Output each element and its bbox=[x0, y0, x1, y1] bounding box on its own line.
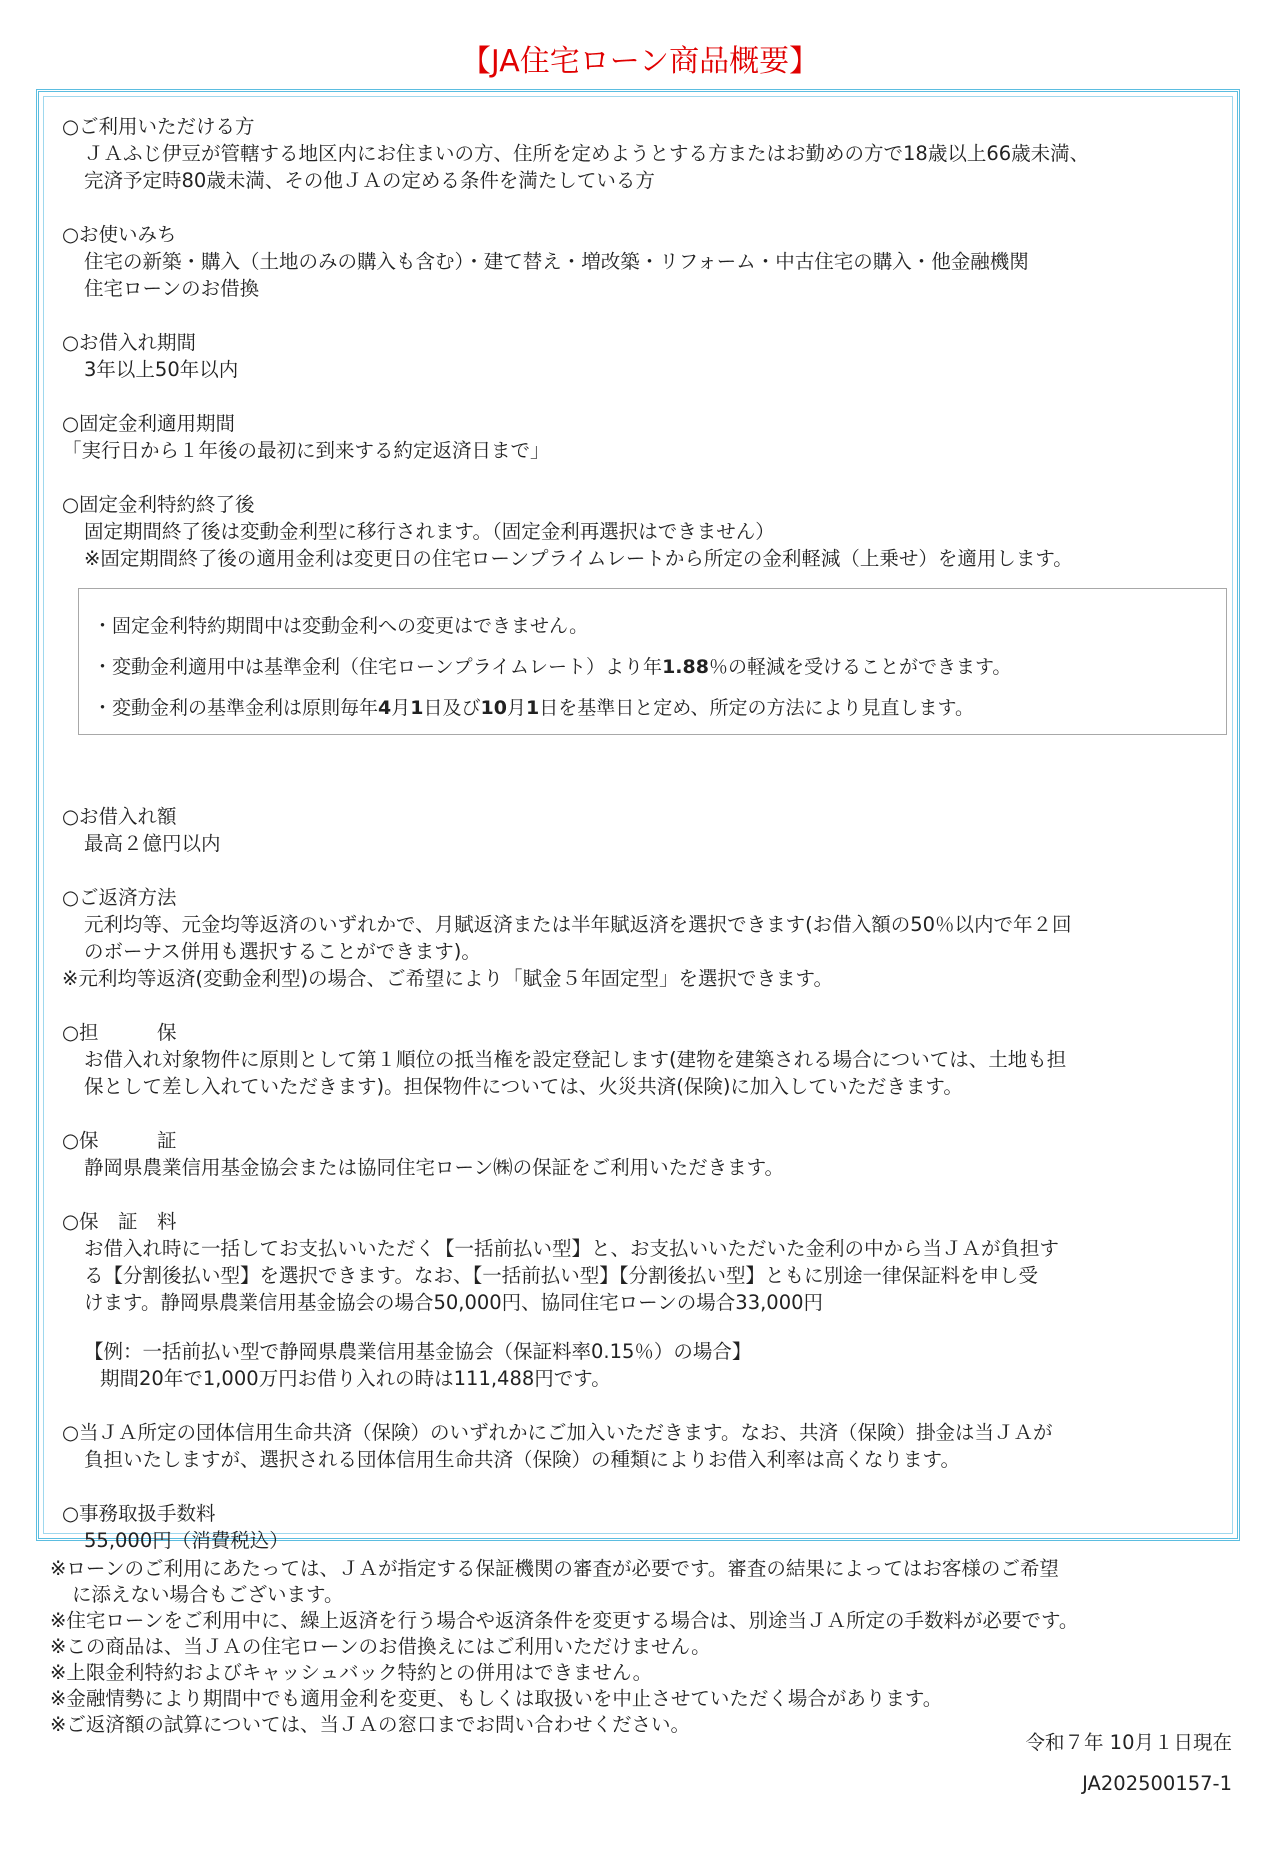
section-text: 保として差し入れていただきます)。担保物件については、火災共済(保険)に加入して… bbox=[62, 1073, 1232, 1100]
example-title: 【例：一括前払い型で静岡県農業信用基金協会（保証料率0.15％）の場合】 bbox=[62, 1338, 1232, 1365]
footnote-continuation: に添えない場合もございます。 bbox=[50, 1582, 1250, 1608]
section-text: のボーナス併用も選択することができます)。 bbox=[62, 938, 1232, 965]
example-body: 期間20年で1,000万円お借り入れの時は111,488円です。 bbox=[62, 1365, 1232, 1392]
section-note: ※元利均等返済(変動金利型)の場合、ご希望により「賦金５年固定型」を選択できます… bbox=[62, 965, 1232, 992]
section-text: 完済予定時80歳未満、その他ＪＡの定める条件を満たしている方 bbox=[62, 167, 1232, 194]
section-loan-term: ○お借入れ期間 3年以上50年以内 bbox=[62, 329, 1232, 383]
footnote: ※この商品は、当ＪＡの住宅ローンのお借換えにはご利用いただけません。 bbox=[50, 1634, 1250, 1660]
note-item: ・変動金利適用中は基準金利（住宅ローンプライムレート）より年1.88％の軽減を受… bbox=[93, 652, 1011, 679]
footnote: ※上限金利特約およびキャッシュバック特約との併用はできません。 bbox=[50, 1660, 1250, 1686]
section-eligibility: ○ご利用いただける方 ＪＡふじ伊豆が管轄する地区内にお住まいの方、住所を定めよう… bbox=[62, 113, 1232, 194]
section-text: る【分割後払い型】を選択できます。なお、【一括前払い型】【分割後払い型】ともに別… bbox=[62, 1262, 1232, 1289]
section-heading: ○事務取扱手数料 bbox=[62, 1500, 1232, 1527]
section-text: お借入れ時に一括してお支払いいただく【一括前払い型】と、お支払いいただいた金利の… bbox=[62, 1235, 1232, 1262]
section-text: 3年以上50年以内 bbox=[62, 356, 1232, 383]
section-heading: ○お使いみち bbox=[62, 221, 1232, 248]
section-handling-fee: ○事務取扱手数料 55,000円（消費税込） bbox=[62, 1500, 1232, 1554]
section-guarantee: ○保 証 静岡県農業信用基金協会または協同住宅ローン㈱の保証をご利用いただきます… bbox=[62, 1127, 1232, 1181]
section-text: 固定期間終了後は変動金利型に移行されます。（固定金利再選択はできません） bbox=[62, 518, 1232, 545]
section-collateral: ○担 保 お借入れ対象物件に原則として第１順位の抵当権を設定登記します(建物を建… bbox=[62, 1019, 1232, 1100]
section-heading: ○お借入れ期間 bbox=[62, 329, 1232, 356]
section-heading: ○保 証 bbox=[62, 1127, 1232, 1154]
note-item: ・固定金利特約期間中は変動金利への変更はできません。 bbox=[93, 611, 588, 638]
document-id: JA202500157-1 bbox=[1082, 1772, 1232, 1795]
section-text: 55,000円（消費税込） bbox=[62, 1527, 1232, 1554]
section-guarantee-fee: ○保 証 料 お借入れ時に一括してお支払いいただく【一括前払い型】と、お支払いい… bbox=[62, 1208, 1232, 1392]
section-loan-amount: ○お借入れ額 最高２億円以内 bbox=[62, 803, 1232, 857]
rate-reduction-value: 1.88 bbox=[662, 656, 709, 678]
section-text: けます。静岡県農業信用基金協会の場合50,000円、協同住宅ローンの場合33,0… bbox=[62, 1289, 1232, 1316]
section-heading: ○ご返済方法 bbox=[62, 884, 1232, 911]
section-text: ＪＡふじ伊豆が管轄する地区内にお住まいの方、住所を定めようとする方またはお勤めの… bbox=[62, 140, 1232, 167]
section-fixed-rate-period: ○固定金利適用期間 「実行日から１年後の最初に到来する約定返済日まで」 bbox=[62, 410, 1232, 464]
section-repayment-method: ○ご返済方法 元利均等、元金均等返済のいずれかで、月賦返済または半年賦返済を選択… bbox=[62, 884, 1232, 992]
section-heading: ○当ＪＡ所定の団体信用生命共済（保険）のいずれかにご加入いただきます。なお、共済… bbox=[62, 1419, 1232, 1446]
page-title: 【JA住宅ローン商品概要】 bbox=[0, 36, 1280, 80]
section-heading: ○お借入れ額 bbox=[62, 803, 1232, 830]
section-after-fixed-rate: ○固定金利特約終了後 固定期間終了後は変動金利型に移行されます。（固定金利再選択… bbox=[62, 491, 1232, 572]
section-heading: ○固定金利適用期間 bbox=[62, 410, 1232, 437]
footnote: ※金融情勢により期間中でも適用金利を変更、もしくは取扱いを中止させていただく場合… bbox=[50, 1686, 1250, 1712]
section-heading: ○ご利用いただける方 bbox=[62, 113, 1232, 140]
section-text: 最高２億円以内 bbox=[62, 830, 1232, 857]
section-text: 「実行日から１年後の最初に到来する約定返済日まで」 bbox=[62, 437, 1232, 464]
section-text: 静岡県農業信用基金協会または協同住宅ローン㈱の保証をご利用いただきます。 bbox=[62, 1154, 1232, 1181]
section-heading: ○担 保 bbox=[62, 1019, 1232, 1046]
section-heading: ○固定金利特約終了後 bbox=[62, 491, 1232, 518]
note-item: ・変動金利の基準金利は原則毎年4月1日及び10月1日を基準日と定め、所定の方法に… bbox=[93, 693, 974, 720]
footnotes: ※ローンのご利用にあたっては、ＪＡが指定する保証機関の審査が必要です。審査の結果… bbox=[50, 1556, 1250, 1738]
section-text: 負担いたしますが、選択される団体信用生命共済（保険）の種類によりお借入利率は高く… bbox=[62, 1446, 1232, 1473]
section-text: 元利均等、元金均等返済のいずれかで、月賦返済または半年賦返済を選択できます(お借… bbox=[62, 911, 1232, 938]
product-summary-content: ○ご利用いただける方 ＪＡふじ伊豆が管轄する地区内にお住まいの方、住所を定めよう… bbox=[62, 113, 1232, 1581]
section-purpose: ○お使いみち 住宅の新築・購入（土地のみの購入も含む）・建て替え・増改築・リフォ… bbox=[62, 221, 1232, 302]
footnote: ※ローンのご利用にあたっては、ＪＡが指定する保証機関の審査が必要です。審査の結果… bbox=[50, 1556, 1250, 1582]
footnote: ※住宅ローンをご利用中に、繰上返済を行う場合や返済条件を変更する場合は、別途当Ｊ… bbox=[50, 1608, 1250, 1634]
section-heading: ○保 証 料 bbox=[62, 1208, 1232, 1235]
section-text: 住宅の新築・購入（土地のみの購入も含む）・建て替え・増改築・リフォーム・中古住宅… bbox=[62, 248, 1232, 275]
section-text: 住宅ローンのお借換 bbox=[62, 275, 1232, 302]
section-note: ※固定期間終了後の適用金利は変更日の住宅ローンプライムレートから所定の金利軽減（… bbox=[62, 545, 1232, 572]
as-of-date: 令和７年 10月１日現在 bbox=[1025, 1727, 1232, 1755]
section-group-life-insurance: ○当ＪＡ所定の団体信用生命共済（保険）のいずれかにご加入いただきます。なお、共済… bbox=[62, 1419, 1232, 1473]
variable-rate-note-box: ・固定金利特約期間中は変動金利への変更はできません。 ・変動金利適用中は基準金利… bbox=[78, 588, 1227, 735]
section-text: お借入れ対象物件に原則として第１順位の抵当権を設定登記します(建物を建築される場… bbox=[62, 1046, 1232, 1073]
